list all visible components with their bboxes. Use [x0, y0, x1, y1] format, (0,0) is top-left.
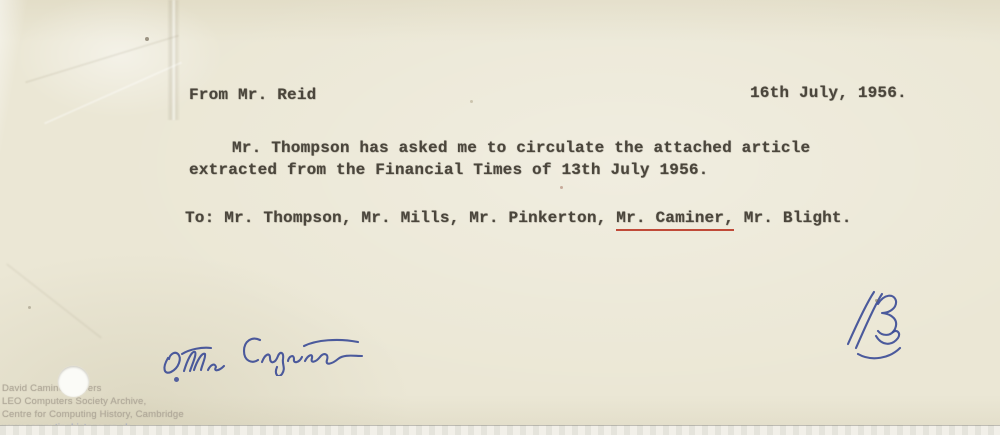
distribution-prefix: To: Mr. Thompson, Mr. Mills, Mr. Pinkert…: [185, 209, 616, 227]
paper-bottom-edge: [0, 425, 1000, 435]
paper-speck: [470, 100, 473, 103]
distribution-line: To: Mr. Thompson, Mr. Mills, Mr. Pinkert…: [185, 209, 852, 227]
handwritten-initials: [842, 286, 914, 364]
paper-speck: [875, 299, 878, 302]
date-line: 16th July, 1956.: [750, 84, 907, 102]
fold-crease-vertical: [167, 0, 180, 120]
watermark-line: LEO Computers Society Archive,: [2, 395, 184, 408]
hole-punch: [58, 366, 89, 397]
body-text-line-2: extracted from the Financial Times of 13…: [189, 161, 708, 179]
distribution-suffix: Mr. Blight.: [734, 209, 852, 227]
paper-speck: [560, 186, 563, 189]
handwritten-annotation: [158, 328, 373, 376]
body-text-line-1: Mr. Thompson has asked me to circulate t…: [232, 139, 810, 157]
fold-crease-corner: [6, 263, 102, 338]
paper-speck: [28, 306, 31, 309]
distribution-underlined-name: Mr. Caminer,: [616, 209, 734, 231]
watermark-line: Centre for Computing History, Cambridge: [2, 408, 184, 421]
watermark-line: David Caminer Papers: [2, 382, 184, 395]
from-line: From Mr. Reid: [189, 86, 316, 104]
ink-dot: [174, 377, 179, 382]
fold-crease-diagonal: [25, 35, 179, 84]
scanned-memo-page: From Mr. Reid 16th July, 1956. Mr. Thomp…: [0, 0, 1000, 435]
paper-speck: [145, 37, 149, 41]
